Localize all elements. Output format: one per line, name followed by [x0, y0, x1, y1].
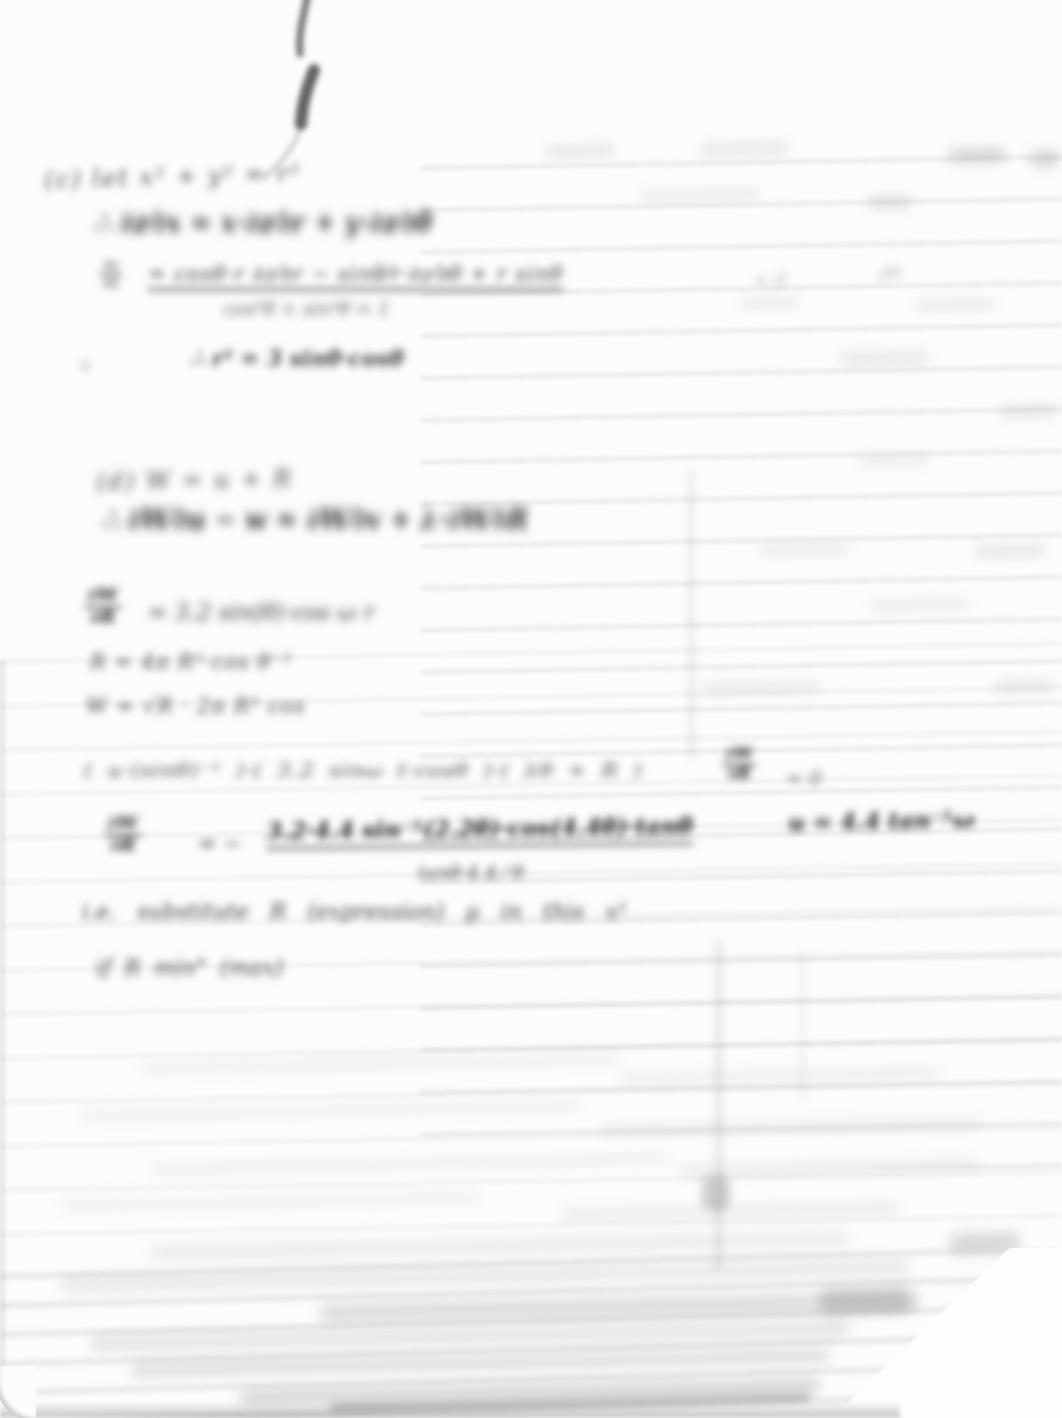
- fraction-denominator: ∂R: [104, 834, 142, 856]
- ghost-text-smudge: [915, 299, 995, 311]
- crease-streak: [688, 470, 695, 760]
- ghost-text-smudge: [948, 147, 1006, 163]
- scanned-notes-page: (c) let x² + y² = r² ∴ ∂z⁄∂x ≈ x·∂z⁄∂r +…: [0, 0, 1062, 1418]
- ghost-text-smudge: [868, 196, 912, 209]
- ghost-text-smudge: [60, 1192, 480, 1213]
- crease-streak: [800, 950, 806, 1100]
- ghost-text-smudge: [1030, 150, 1060, 168]
- ink-fraction-dz-dx: ∂z ∂x: [100, 258, 122, 292]
- crease-streak: [714, 940, 723, 1270]
- ghost-text-smudge: [560, 1201, 900, 1220]
- ink-line-d-eq6-main: 3.2·4.4 sin⁻¹(2.2θ)·cos(4.4θ)·tanθ: [266, 813, 693, 850]
- ghost-text-smudge: [870, 599, 970, 611]
- ink-line-d-header: (d) W = u + R: [96, 465, 293, 496]
- ghost-text-row: [90, 1320, 850, 1352]
- fraction-denominator: ∂x: [100, 274, 122, 292]
- ghost-text-smudge: [80, 1100, 580, 1122]
- ink-line-d-note: i.e. substitute R (expression) μ in this…: [82, 900, 626, 925]
- ghost-text-smudge: [840, 351, 930, 365]
- ghost-text-smudge: [620, 1067, 940, 1086]
- ghost-text-row: [820, 1287, 911, 1315]
- ghost-text-smudge: [700, 681, 820, 696]
- ink-line-d-eq3: R = 4π R²·cos θ⁻¹: [90, 650, 293, 674]
- ghost-text-smudge: [545, 145, 615, 156]
- ghost-text-smudge: [140, 1053, 620, 1075]
- ink-fraction-dW-dR-1: ∂W ∂R: [84, 586, 122, 628]
- ghost-text-smudge: [150, 1153, 670, 1176]
- ghost-text-smudge: [760, 544, 850, 556]
- ink-line-d-eq1: ∴ ∂W⁄∂u − w ≈ ∂W⁄∂v + λ·∂W⁄∂R: [102, 502, 528, 536]
- ghost-text-smudge: [995, 679, 1055, 692]
- ink-line-c-eq1: ∴ ∂z⁄∂x ≈ x·∂z⁄∂r + y·∂z⁄∂θ: [94, 206, 432, 239]
- ghost-text-smudge: [860, 454, 930, 465]
- fraction-numerator: ∂z: [100, 258, 122, 274]
- ink-line-c-eq3: ∴ r² = 3 sinθ·cosθ: [190, 346, 404, 372]
- ghost-text-row: [150, 1231, 850, 1262]
- fraction-denominator: ∂R: [84, 606, 122, 628]
- ink-line-d-note2: if R min° (max): [96, 956, 283, 981]
- ghost-text-smudge: [680, 1159, 980, 1177]
- pen-squiggle-mark: [262, 0, 372, 204]
- ghost-text-smudge: [740, 297, 800, 308]
- ink-mark-equals-minus: = −: [198, 832, 242, 857]
- ink-mark-eq0: = 0: [754, 270, 786, 291]
- ink-mark-dtheta: dθ: [878, 263, 901, 285]
- ink-mark-eq0-2: = 0: [786, 766, 822, 790]
- fraction-denominator: ∂R: [722, 764, 756, 784]
- ink-mark-a: a: [80, 354, 91, 375]
- ink-blot: [702, 1176, 731, 1211]
- fraction-numerator: ∂W: [84, 586, 122, 606]
- ink-fraction-dW-dR-2: ∂W ∂R: [722, 746, 756, 784]
- page-bottom-edge-shadow: [0, 1402, 900, 1418]
- ghost-text-smudge: [700, 142, 790, 156]
- fraction-numerator: ∂W: [104, 814, 142, 834]
- ink-line-d-eq5: ( u·(sinθ)⁻¹ )·( 3.2 sinω t·cosθ )·( λθ …: [84, 758, 643, 782]
- page-left-edge-shadow: [0, 660, 7, 1380]
- ink-fraction-dW-dR-3: ∂W ∂R: [104, 814, 142, 856]
- ink-line-d-eq6-denom: tanθ·4.4 ⁄ θ: [418, 862, 524, 884]
- fraction-numerator: ∂W: [722, 746, 756, 764]
- ink-line-d-eq2: = 3.2 sin(θ)·cos ω r: [148, 600, 374, 626]
- ghost-text-smudge: [1000, 404, 1058, 417]
- ink-line-c-eq2: = cosθ·r ∂z⁄∂r − sinθ⁄r·∂z⁄∂θ + r sinθ: [148, 262, 563, 291]
- ghost-text-smudge: [640, 189, 760, 202]
- ghost-text-smudge: [975, 544, 1045, 557]
- ink-line-c-eq2-denom: cos²θ + sin²θ = 1: [224, 298, 390, 320]
- ink-line-d-eq6-right: u = 4.4 tan⁻¹ω: [788, 806, 975, 837]
- ghost-text-row: [60, 1259, 910, 1293]
- ink-line-d-eq4: W ≈ √R · 2π R³ cos: [86, 694, 306, 718]
- ghost-text-smudge: [600, 1116, 980, 1136]
- ghost-text-row: [130, 1349, 830, 1378]
